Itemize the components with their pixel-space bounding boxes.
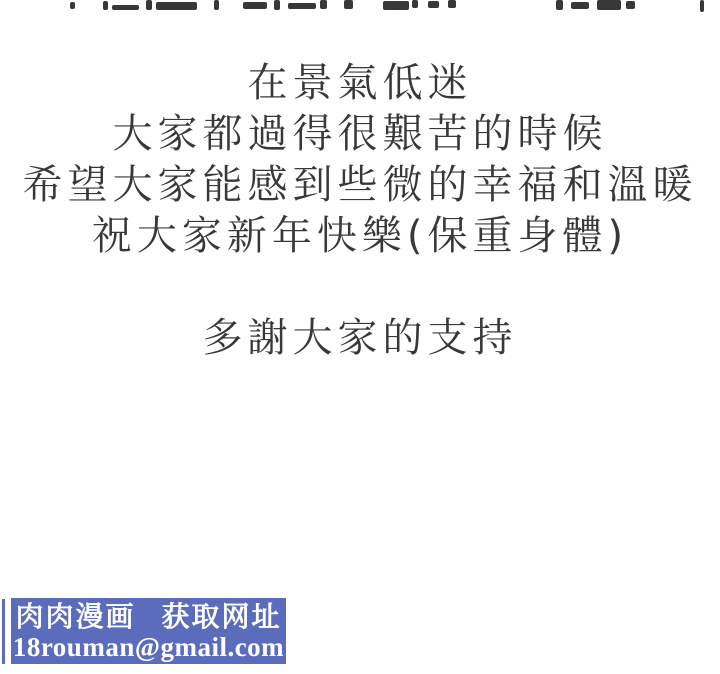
- afterword-line: 希望大家能感到些微的幸福和溫暖: [0, 160, 720, 211]
- cut-off-stroke-fragment: [156, 2, 197, 10]
- watermark-edge-stripe: [2, 599, 5, 664]
- cut-off-stroke-fragment: [146, 0, 152, 10]
- cut-off-stroke-fragment: [412, 0, 418, 8]
- cut-off-stroke-fragment: [626, 1, 635, 9]
- cut-off-stroke-fragment: [428, 1, 439, 8]
- watermark-email: 18rouman@gmail.com: [13, 633, 284, 662]
- cut-off-stroke-fragment: [70, 2, 75, 9]
- cut-off-text-line: [0, 0, 720, 14]
- watermark-site-name: 肉肉漫画: [15, 601, 135, 633]
- cut-off-stroke-fragment: [274, 0, 280, 10]
- cut-off-stroke-fragment: [112, 5, 139, 10]
- cut-off-stroke-fragment: [571, 2, 589, 9]
- afterword-line: 多謝大家的支持: [0, 313, 720, 364]
- blank-line: [0, 262, 720, 313]
- comic-afterword-page: 在景氣低迷 大家都過得很艱苦的時候 希望大家能感到些微的幸福和溫暖 祝大家新年快…: [0, 0, 720, 674]
- cut-off-stroke-fragment: [597, 0, 621, 10]
- cut-off-stroke-fragment: [700, 0, 704, 12]
- afterword-line: 祝大家新年快樂(保重身體): [0, 211, 720, 262]
- cut-off-stroke-fragment: [344, 0, 353, 9]
- afterword-line: 在景氣低迷: [0, 58, 720, 109]
- afterword-text: 在景氣低迷 大家都過得很艱苦的時候 希望大家能感到些微的幸福和溫暖 祝大家新年快…: [0, 58, 720, 364]
- watermark-title-row: 肉肉漫画 获取网址: [15, 601, 281, 633]
- cut-off-stroke-fragment: [448, 0, 456, 8]
- cut-off-stroke-fragment: [214, 0, 219, 10]
- cut-off-stroke-fragment: [383, 1, 409, 10]
- afterword-line: 大家都過得很艱苦的時候: [0, 109, 720, 160]
- cut-off-stroke-fragment: [320, 0, 327, 9]
- cut-off-stroke-fragment: [103, 1, 108, 10]
- cut-off-stroke-fragment: [556, 0, 563, 10]
- watermark-tagline: 获取网址: [162, 601, 282, 633]
- cut-off-stroke-fragment: [288, 3, 316, 9]
- cut-off-stroke-fragment: [243, 2, 267, 9]
- watermark-badge: 肉肉漫画 获取网址 18rouman@gmail.com: [11, 598, 286, 664]
